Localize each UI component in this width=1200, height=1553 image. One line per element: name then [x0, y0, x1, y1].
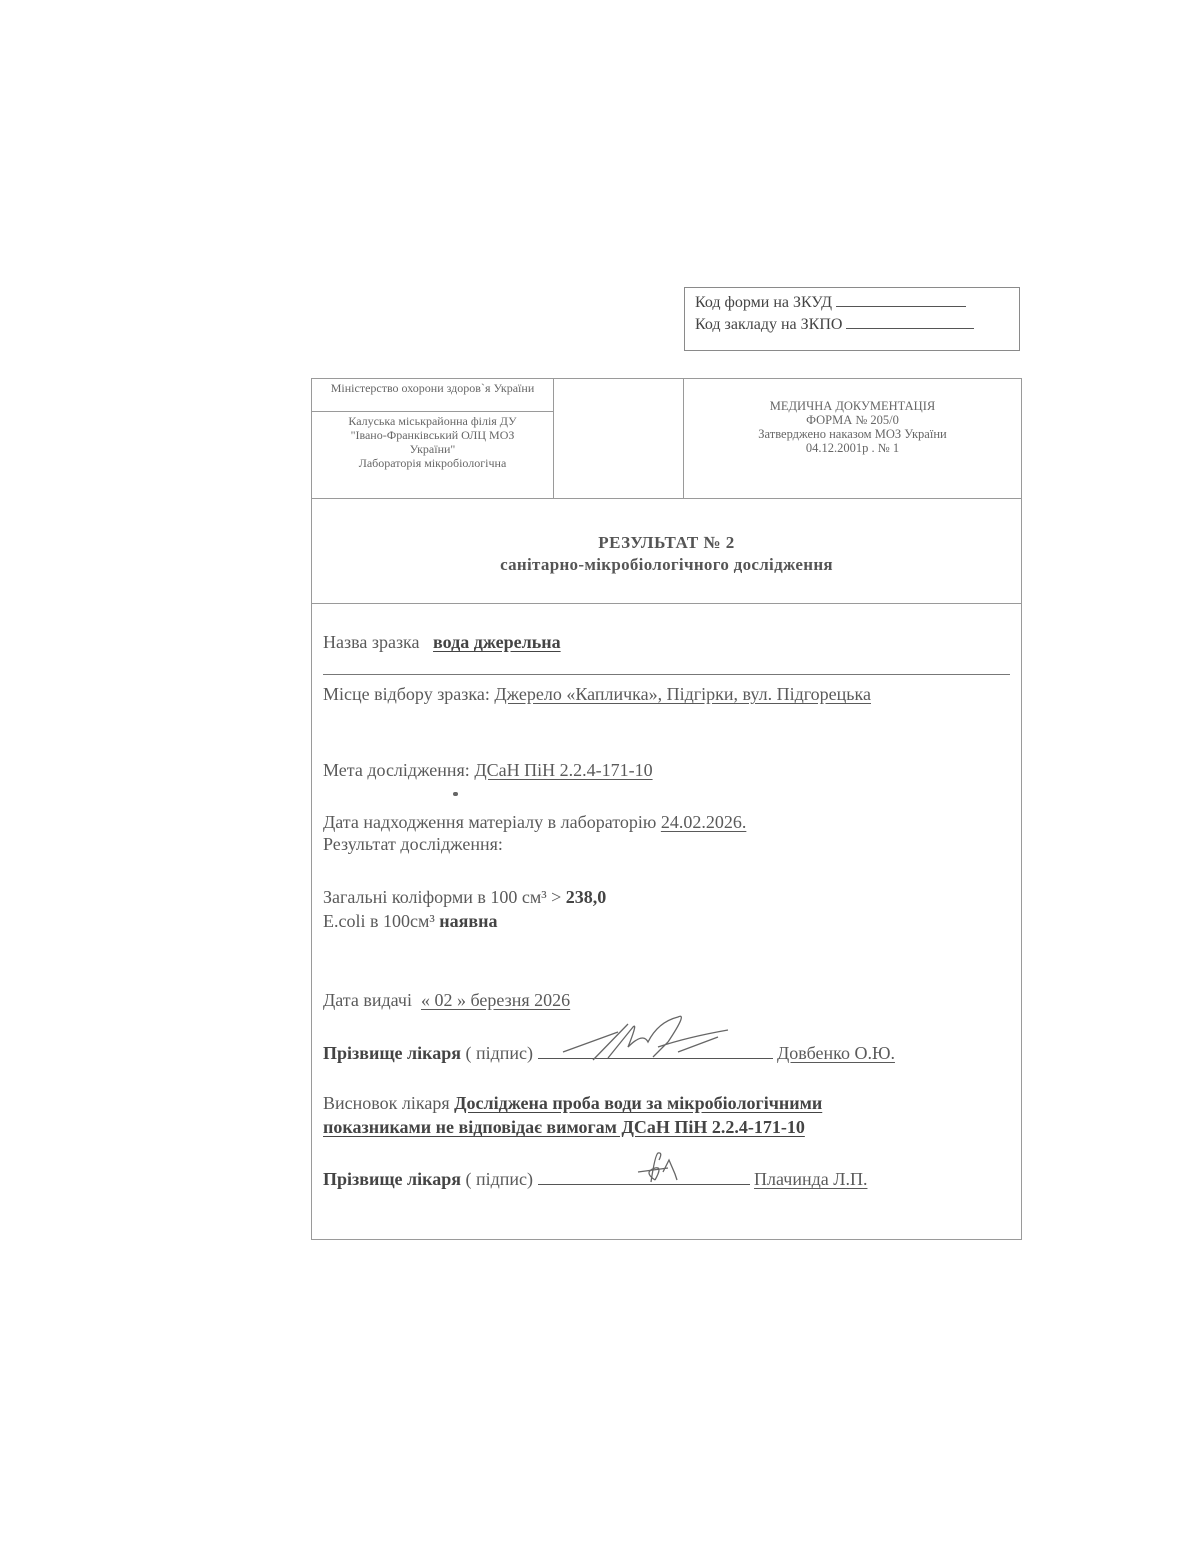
title-block: РЕЗУЛЬТАТ № 2 санітарно-мікробіологічног…	[312, 499, 1021, 604]
laboratory-name: Лабораторія мікробіологічна	[312, 456, 553, 470]
form-number: ФОРМА № 205/0	[684, 413, 1021, 427]
scan-speck	[453, 792, 458, 796]
institution-code-blank	[846, 314, 974, 329]
signature-icon	[558, 1012, 748, 1072]
coliforms-label: Загальні коліформи в 100 см³ >	[323, 887, 561, 907]
ministry-name: Міністерство охорони здоров`я України	[312, 379, 553, 412]
coliforms-result: Загальні коліформи в 100 см³ > 238,0	[323, 886, 606, 908]
sample-name-label: Назва зразка	[323, 632, 420, 652]
conclusion-text: Досліджена проба води за мікробіологічни…	[454, 1093, 822, 1113]
conclusion-label: Висновок лікаря	[323, 1093, 450, 1113]
received-date-value: 24.02.2026.	[661, 812, 747, 832]
institution-block: Міністерство охорони здоров`я України Ка…	[312, 379, 554, 498]
form-code-label: Код форми на ЗКУД	[695, 294, 832, 311]
sample-name-value: вода джерельна	[433, 632, 561, 652]
ecoli-value: наявна	[439, 911, 497, 931]
sampling-place-label: Місце відбору зразка:	[323, 684, 490, 704]
medical-doc-block: МЕДИЧНА ДОКУМЕНТАЦІЯ ФОРМА № 205/0 Затве…	[684, 379, 1021, 498]
sampling-place-field: Місце відбору зразка: Джерело «Капличка»…	[323, 683, 871, 705]
purpose-field: Мета дослідження: ДСаН ПіН 2.2.4-171-10	[323, 759, 653, 781]
branch-line: України"	[312, 442, 553, 456]
branch-info: Калуська міськрайонна філія ДУ "Івано-Фр…	[312, 412, 553, 470]
doctor-signature-row-1: Прізвище лікаря ( підпис) Довбенко О.Ю.	[323, 1040, 895, 1064]
approved-by: Затверджено наказом МОЗ України	[684, 427, 1021, 441]
issue-date-label: Дата видачі	[323, 990, 412, 1010]
form-code-blank	[836, 292, 966, 307]
signature-label: ( підпис)	[465, 1043, 533, 1063]
issue-date-value: « 02 » березня 2026	[421, 990, 570, 1010]
conclusion-field: Висновок лікаря Досліджена проба води за…	[323, 1092, 822, 1114]
institution-code-label: Код закладу на ЗКПО	[695, 316, 842, 333]
separator-line	[323, 674, 1010, 675]
doctor2-name: Плачинда Л.П.	[754, 1169, 867, 1189]
form-code-row: Код форми на ЗКУД	[695, 292, 1009, 314]
purpose-value: ДСаН ПіН 2.2.4-171-10	[474, 760, 652, 780]
signature-label: ( підпис)	[465, 1169, 533, 1189]
doc-type: МЕДИЧНА ДОКУМЕНТАЦІЯ	[684, 399, 1021, 413]
form-header: Міністерство охорони здоров`я України Ка…	[312, 379, 1021, 499]
sampling-place-value: Джерело «Капличка», Підгірки, вул. Підго…	[494, 684, 871, 704]
sample-name-field: Назва зразка вода джерельна	[323, 631, 561, 653]
received-date-label: Дата надходження матеріалу в лабораторію	[323, 812, 656, 832]
issue-date-field: Дата видачі « 02 » березня 2026	[323, 989, 570, 1011]
doctor-label: Прізвище лікаря	[323, 1169, 461, 1189]
conclusion-text: показниками не відповідає вимогам ДСаН П…	[323, 1117, 805, 1137]
result-label: Результат дослідження:	[323, 833, 503, 855]
branch-line: Калуська міськрайонна філія ДУ	[312, 414, 553, 428]
result-form: Міністерство охорони здоров`я України Ка…	[311, 378, 1022, 1240]
ecoli-result: E.coli в 100см³ наявна	[323, 910, 497, 932]
branch-line: "Івано-Франківський ОЛЦ МОЗ	[312, 428, 553, 442]
doctor-signature-row-2: Прізвище лікаря ( підпис) Плачинда Л.П.	[323, 1166, 867, 1190]
coliforms-value: 238,0	[566, 887, 607, 907]
doctor1-name: Довбенко О.Ю.	[777, 1043, 895, 1063]
form-codes-box: Код форми на ЗКУД Код закладу на ЗКПО	[684, 287, 1020, 351]
received-date-field: Дата надходження матеріалу в лабораторію…	[323, 811, 746, 833]
document-subtitle: санітарно-мікробіологічного дослідження	[312, 554, 1021, 576]
purpose-label: Мета дослідження:	[323, 760, 470, 780]
conclusion-field-line2: показниками не відповідає вимогам ДСаН П…	[323, 1116, 805, 1138]
institution-code-row: Код закладу на ЗКПО	[695, 314, 1009, 336]
header-empty-cell	[554, 379, 684, 498]
signature-icon	[633, 1150, 693, 1186]
doctor-label: Прізвище лікаря	[323, 1043, 461, 1063]
document-title: РЕЗУЛЬТАТ № 2	[312, 532, 1021, 554]
ecoli-label: E.coli в 100см³	[323, 911, 435, 931]
signature-line	[538, 1040, 773, 1059]
signature-line	[538, 1166, 750, 1185]
approved-date: 04.12.2001р . № 1	[684, 441, 1021, 455]
